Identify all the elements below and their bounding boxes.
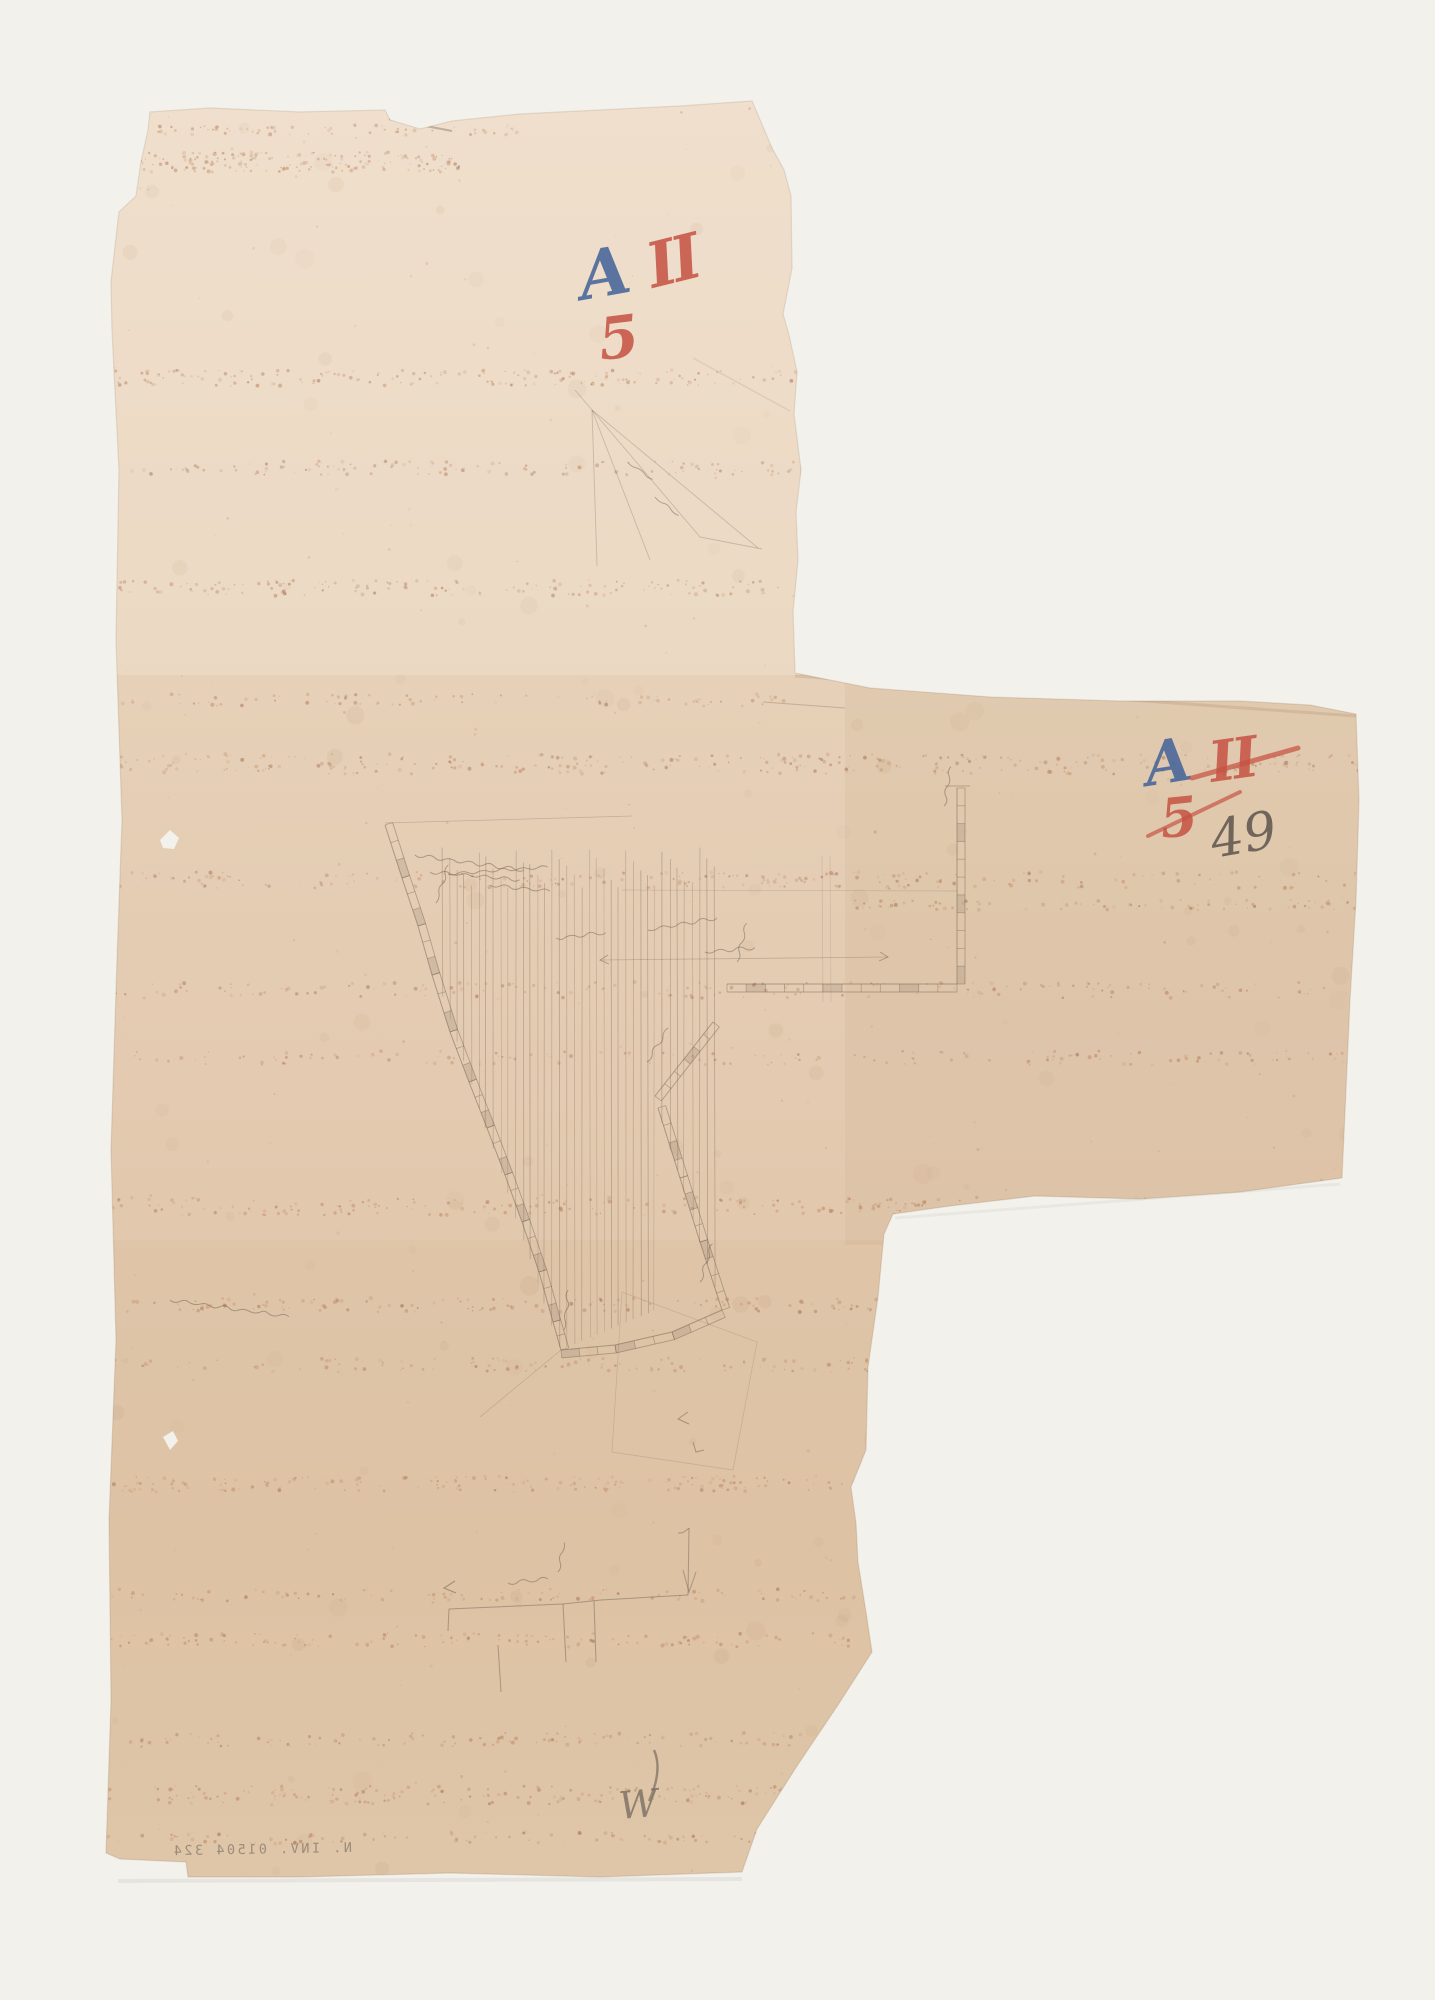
inventory-stamp: N. INV. 01504 324: [171, 1840, 352, 1859]
paper-shadow-bottom: [118, 1879, 742, 1881]
w-letter: W: [617, 1780, 663, 1827]
top-number-5: 5: [594, 301, 642, 373]
scan-canvas: A II 5 A II 5 49 W N. INV. 01504 324: [0, 0, 1435, 2000]
right-revision-49: 49: [1205, 800, 1282, 871]
right-number-5: 5: [1157, 783, 1201, 851]
scanned-document: A II 5 A II 5 49 W N. INV. 01504 324: [0, 0, 1435, 2000]
